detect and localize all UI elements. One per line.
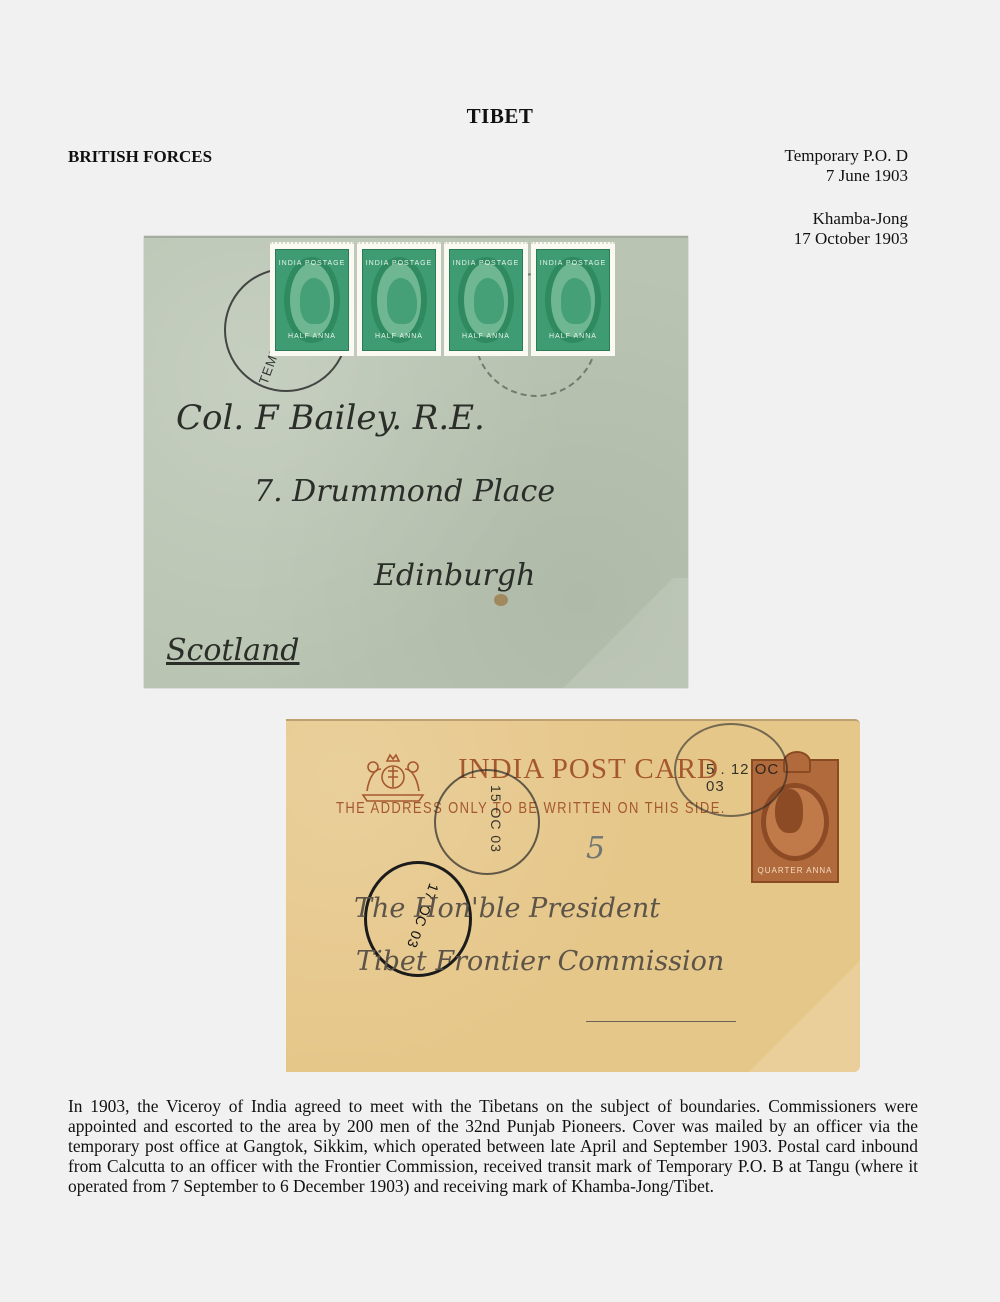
- stamp-strip: INDIA POSTAGE HALF ANNA INDIA POSTAGE HA…: [270, 242, 618, 356]
- address-underline: [586, 1021, 736, 1022]
- envelope-flap-shading: [548, 578, 688, 688]
- royal-coat-of-arms-icon: [359, 751, 427, 803]
- caption-temporary-po-d: Temporary P.O. D 7 June 1903: [785, 146, 908, 186]
- caption-line: 7 June 1903: [785, 166, 908, 186]
- india-post-card: INDIA POST CARD THE ADDRESS ONLY TO BE W…: [286, 719, 860, 1072]
- section-label: BRITISH FORCES: [68, 147, 212, 167]
- stamp-top-text: INDIA POSTAGE: [276, 260, 348, 267]
- stamp-top-text: INDIA POSTAGE: [537, 260, 609, 267]
- stamp-bottom-text: HALF ANNA: [276, 333, 348, 340]
- handwritten-mark: 5: [586, 831, 605, 866]
- stamp-bottom-text: HALF ANNA: [450, 333, 522, 340]
- description-text: In 1903, the Viceroy of India agreed to …: [68, 1096, 918, 1196]
- stamp-top-text: INDIA POSTAGE: [363, 260, 435, 267]
- caption-line: Temporary P.O. D: [785, 146, 908, 166]
- caption-line: Khamba-Jong: [794, 209, 908, 229]
- caption-khamba-jong: Khamba-Jong 17 October 1903: [794, 209, 908, 249]
- postmark-temporary-po-b: 15 OC 03: [434, 769, 540, 875]
- postmark-date: 5 . 12 OC 03: [706, 761, 786, 795]
- stamp-bottom-text: HALF ANNA: [363, 333, 435, 340]
- page-title: TIBET: [0, 104, 1000, 129]
- indicium-value: QUARTER ANNA: [753, 866, 837, 875]
- cover-address-line: Edinburgh: [374, 558, 535, 593]
- card-address-line: Tibet Frontier Commission: [356, 946, 724, 977]
- king-portrait-icon: [775, 789, 803, 833]
- stamp-half-anna: INDIA POSTAGE HALF ANNA: [357, 242, 441, 356]
- card-address-line: The Hon'ble President: [354, 893, 660, 924]
- cover-address-country: Scotland: [166, 633, 299, 668]
- cover-address-line: 7. Drummond Place: [254, 474, 555, 509]
- stamp-bottom-text: HALF ANNA: [537, 333, 609, 340]
- stamp-half-anna: INDIA POSTAGE HALF ANNA: [270, 242, 354, 356]
- stamp-half-anna: INDIA POSTAGE HALF ANNA: [531, 242, 615, 356]
- cover-address-line: Col. F Bailey. R.E.: [176, 398, 485, 438]
- postmark-date: 15 OC 03: [488, 785, 504, 853]
- stamp-half-anna: INDIA POSTAGE HALF ANNA: [444, 242, 528, 356]
- stamp-top-text: INDIA POSTAGE: [450, 260, 522, 267]
- cover-envelope: TEMPORARY P.O. INDIA POSTAGE HALF ANNA I…: [144, 236, 688, 688]
- foxing-stain: [494, 594, 508, 606]
- postmark-origin: 5 . 12 OC 03: [674, 723, 788, 817]
- caption-line: 17 October 1903: [794, 229, 908, 249]
